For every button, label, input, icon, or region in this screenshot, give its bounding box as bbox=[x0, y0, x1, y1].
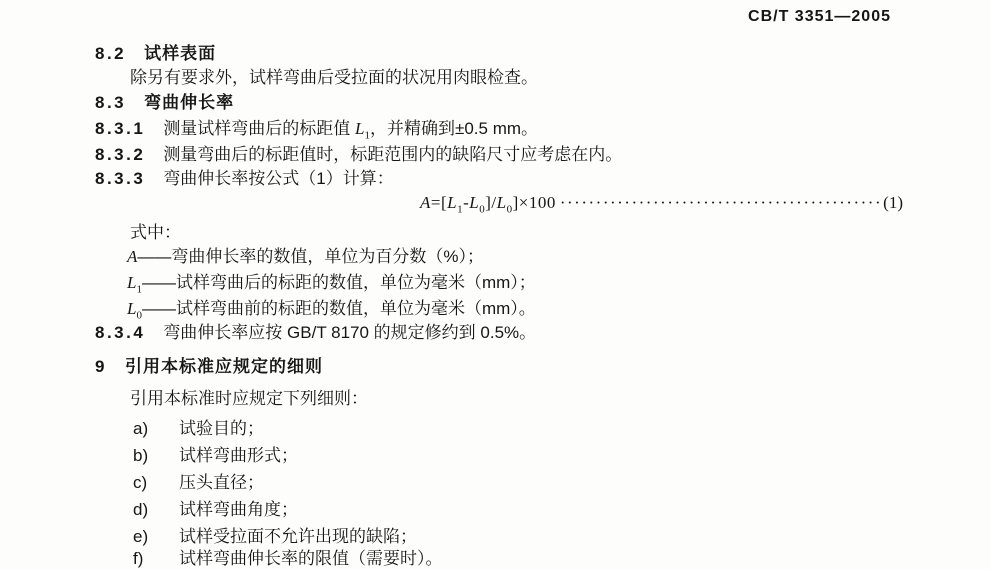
definition-L0: L0——试样弯曲前的标距的数值，单位为毫米（mm）。 bbox=[95, 299, 991, 319]
list-item-text: 试验目的； bbox=[179, 419, 264, 438]
list-item-label: e) bbox=[133, 527, 155, 547]
list-item-text: 试样弯曲伸长率的限值（需要时）。 bbox=[179, 549, 443, 568]
clause-number: 8.3 bbox=[95, 93, 126, 112]
list-item-c: c)压头直径； bbox=[95, 473, 991, 493]
clause-text: 测量试样弯曲后的标距值 L1，并精确到±0.5 mm。 bbox=[163, 119, 538, 138]
clause-title: 试样表面 bbox=[144, 44, 216, 63]
list-item-label: b) bbox=[133, 446, 155, 466]
definition-text: ——试样弯曲后的标距的数值，单位为毫米（mm）； bbox=[142, 273, 536, 292]
list-item-label: a) bbox=[133, 419, 155, 439]
variable-A: A bbox=[127, 247, 137, 266]
list-item-text: 试样弯曲角度； bbox=[179, 500, 298, 519]
section-8-2-heading: 8.2试样表面 bbox=[95, 44, 991, 64]
clause-8-3-1: 8.3.1测量试样弯曲后的标距值 L1，并精确到±0.5 mm。 bbox=[95, 119, 991, 139]
list-item-text: 试样受拉面不允许出现的缺陷； bbox=[179, 527, 417, 546]
clause-number: 8.3.4 bbox=[95, 323, 145, 342]
document-content: 8.2试样表面 除另有要求外，试样弯曲后受拉面的状况用肉眼检查。 8.3弯曲伸长… bbox=[0, 44, 991, 569]
clause-title: 引用本标准应规定的细则 bbox=[125, 357, 323, 376]
definition-L1: L1——试样弯曲后的标距的数值，单位为毫米（mm）； bbox=[95, 273, 991, 293]
clause-text: 测量弯曲后的标距值时，标距范围内的缺陷尺寸应考虑在内。 bbox=[163, 145, 622, 164]
clause-number: 9 bbox=[95, 357, 107, 376]
clause-title: 弯曲伸长率 bbox=[144, 93, 234, 112]
definition-text: ——弯曲伸长率的数值，单位为百分数（%）； bbox=[137, 247, 484, 266]
equation-number: (1) bbox=[883, 193, 903, 213]
section-8-2-paragraph: 除另有要求外，试样弯曲后受拉面的状况用肉眼检查。 bbox=[95, 68, 991, 88]
variable-L1: L bbox=[355, 119, 364, 138]
list-item-label: f) bbox=[133, 549, 155, 569]
clause-number: 8.3.3 bbox=[95, 169, 145, 188]
dotted-leader: ········································… bbox=[560, 193, 879, 213]
standard-number: CB/T 3351—2005 bbox=[748, 8, 891, 25]
list-item-e: e)试样受拉面不允许出现的缺陷； bbox=[95, 527, 991, 547]
formula-1: A=[L1-L0]/L0]×100 ······················… bbox=[420, 193, 903, 213]
list-item-label: c) bbox=[133, 473, 155, 493]
clause-number: 8.3.2 bbox=[95, 145, 145, 164]
formula-expression: A=[L1-L0]/L0]×100 bbox=[420, 193, 556, 213]
document-page: CB/T 3351—2005 8.2试样表面 除另有要求外，试样弯曲后受拉面的状… bbox=[0, 0, 991, 569]
clause-text: 弯曲伸长率应按 GB/T 8170 的规定修约到 0.5%。 bbox=[163, 323, 536, 342]
definition-A: A——弯曲伸长率的数值，单位为百分数（%）； bbox=[95, 247, 991, 267]
clause-8-3-3: 8.3.3弯曲伸长率按公式（1）计算： bbox=[95, 169, 991, 189]
list-item-label: d) bbox=[133, 500, 155, 520]
section-8-3-heading: 8.3弯曲伸长率 bbox=[95, 93, 991, 113]
clause-number: 8.2 bbox=[95, 44, 126, 63]
clause-8-3-2: 8.3.2测量弯曲后的标距值时，标距范围内的缺陷尺寸应考虑在内。 bbox=[95, 145, 991, 165]
list-item-a: a)试验目的； bbox=[95, 419, 991, 439]
list-item-f: f)试样弯曲伸长率的限值（需要时）。 bbox=[95, 549, 991, 569]
clause-number: 8.3.1 bbox=[95, 119, 145, 138]
where-label: 式中： bbox=[95, 223, 991, 243]
list-item-b: b)试样弯曲形式； bbox=[95, 446, 991, 466]
definition-text: ——试样弯曲前的标距的数值，单位为毫米（mm）。 bbox=[142, 299, 536, 318]
section-9-paragraph: 引用本标准时应规定下列细则： bbox=[95, 389, 991, 409]
list-item-text: 压头直径； bbox=[179, 473, 264, 492]
list-item-text: 试样弯曲形式； bbox=[179, 446, 298, 465]
page-header: CB/T 3351—2005 bbox=[0, 8, 991, 26]
section-9-heading: 9引用本标准应规定的细则 bbox=[95, 357, 991, 377]
clause-text: 弯曲伸长率按公式（1）计算： bbox=[163, 169, 393, 188]
list-item-d: d)试样弯曲角度； bbox=[95, 500, 991, 520]
clause-8-3-4: 8.3.4弯曲伸长率应按 GB/T 8170 的规定修约到 0.5%。 bbox=[95, 323, 991, 343]
